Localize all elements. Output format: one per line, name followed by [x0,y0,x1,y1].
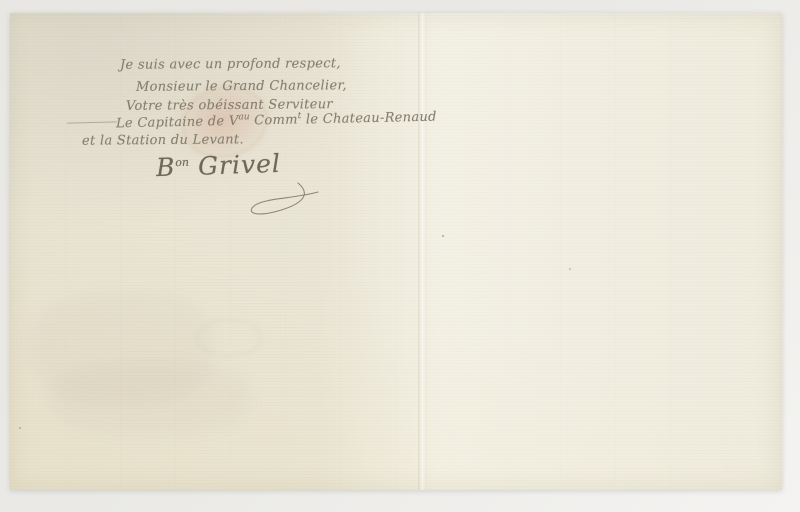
closing-line-4-text: Le Capitaine de V [116,114,239,132]
leading-dash [67,121,117,123]
paper-speck [442,235,444,237]
closing-line-2: Monsieur le Grand Chancelier, [136,78,347,94]
paper-speck [19,427,21,429]
ink-bleed-smudge [50,363,250,433]
closing-line-4-text: Comm [250,113,298,129]
fold-crease [418,13,427,490]
closing-line-1: Je suis avec un profond respect, [120,56,341,73]
signature-name: Grivel [189,149,282,181]
signature-initial: B [156,153,176,183]
abbreviation-superscript: au [238,112,249,122]
signature: Bon Grivel [156,149,282,182]
closing-line-4-text: le Chateau-Renaud [301,110,437,128]
photo-background: Je suis avec un profond respect, Monsieu… [0,0,800,512]
paper-speck [569,268,571,270]
closing-line-5: et la Station du Levant. [82,132,244,148]
signature-superscript: on [175,156,189,169]
letter-page: Je suis avec un profond respect, Monsieu… [10,13,782,490]
ink-bleed-smudge [196,319,262,357]
